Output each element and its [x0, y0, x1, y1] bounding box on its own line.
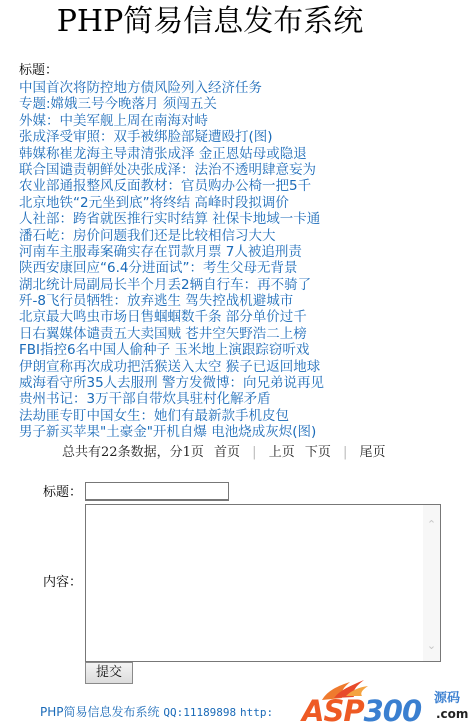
- content-textarea[interactable]: ⌃ ⌄: [85, 504, 441, 662]
- news-link[interactable]: 陕西安康回应“6.4分进面试”：考生父母无背景: [19, 260, 297, 276]
- pager-next-link[interactable]: 下页: [305, 445, 331, 460]
- list-item: 潘石屹：房价问题我们还是比较相信习大大: [19, 228, 324, 244]
- scroll-up-arrow-icon[interactable]: ⌃: [426, 519, 437, 530]
- list-item: 伊朗宣称再次成功把活猴送入太空 猴子已返回地球: [19, 359, 324, 375]
- news-link[interactable]: 北京最大鸣虫市场日售蝈蝈数千条 部分单价过千: [19, 309, 307, 325]
- list-item: 联合国谴责朝鲜处决张成泽：法治不透明肆意妄为: [19, 162, 324, 178]
- list-header-label: 标题：: [19, 63, 58, 79]
- pager-summary-prefix: 总共有: [62, 445, 101, 460]
- news-link[interactable]: 威海看守所35人去服刑 警方发微博：向兄弟说再见: [19, 375, 324, 391]
- footer-app-name: PHP简易信息发布系统: [40, 705, 160, 719]
- pager-page-count: 1: [183, 445, 191, 460]
- news-link[interactable]: 贵州书记：3万干部自带炊具驻村化解矛盾: [19, 391, 271, 407]
- news-link[interactable]: 男子新买苹果"土豪金"开机自爆 电池烧成灰烬(图): [19, 424, 316, 440]
- pager-first-link[interactable]: 首页: [214, 445, 240, 460]
- news-link[interactable]: 联合国谴责朝鲜处决张成泽：法治不透明肆意妄为: [19, 162, 316, 178]
- list-item: 贵州书记：3万干部自带炊具驻村化解矛盾: [19, 391, 324, 407]
- news-link[interactable]: 湖北统计局副局长半个月丢2辆自行车：再不骑了: [19, 277, 311, 293]
- news-link[interactable]: 法劫匪专盯中国女生：她们有最新款手机皮包: [19, 408, 289, 424]
- news-link[interactable]: 外媒：中美军舰上周在南海对峙: [19, 113, 208, 129]
- footer: PHP简易信息发布系统 QQ:11189898 http:: [40, 705, 273, 720]
- news-link[interactable]: FBI指控6名中国人偷种子 玉米地上演跟踪窃听戏: [19, 342, 309, 358]
- textarea-scrollbar[interactable]: ⌃ ⌄: [423, 505, 440, 661]
- list-item: 外媒：中美军舰上周在南海对峙: [19, 113, 324, 129]
- news-link[interactable]: 伊朗宣称再次成功把活猴送入太空 猴子已返回地球: [19, 359, 320, 375]
- list-item: 人社部：跨省就医推行实时结算 社保卡地域一卡通: [19, 211, 324, 227]
- news-list: 中国首次将防控地方债风险列入经济任务 专题:嫦娥三号今晚落月 须闯五关 外媒：中…: [19, 80, 324, 441]
- list-item: 陕西安康回应“6.4分进面试”：考生父母无背景: [19, 260, 324, 276]
- news-link[interactable]: 农业部通报整风反面教材：官员购办公椅一把5千: [19, 178, 311, 194]
- list-item: FBI指控6名中国人偷种子 玉米地上演跟踪窃听戏: [19, 342, 324, 358]
- asp300-logo: ASP300 源码 .com: [302, 678, 472, 726]
- news-link[interactable]: 北京地铁“2元坐到底”将终结 高峰时段拟调价: [19, 195, 289, 211]
- pager-separator: |: [343, 445, 347, 460]
- news-link[interactable]: 韩媒称崔龙海主导肃清张成泽 金正恩姑母或隐退: [19, 146, 307, 162]
- news-link[interactable]: 专题:嫦娥三号今晚落月 须闯五关: [19, 96, 217, 112]
- pager-total-count: 22: [101, 445, 118, 460]
- footer-qq: QQ:11189898: [163, 706, 236, 719]
- list-item: 日右翼媒体谴责五大卖国贼 苍井空矢野浩二上榜: [19, 326, 324, 342]
- scroll-down-arrow-icon[interactable]: ⌄: [426, 640, 437, 651]
- list-item: 中国首次将防控地方债风险列入经济任务: [19, 80, 324, 96]
- pager-last-link[interactable]: 尾页: [360, 445, 386, 460]
- list-item: 专题:嫦娥三号今晚落月 须闯五关: [19, 96, 324, 112]
- page-title: PHP简易信息发布系统: [0, 2, 420, 42]
- list-item: 法劫匪专盯中国女生：她们有最新款手机皮包: [19, 408, 324, 424]
- logo-dotcom: .com: [436, 708, 468, 720]
- news-link[interactable]: 歼-8飞行员牺牲：放弃逃生 驾失控战机避城市: [19, 293, 293, 309]
- list-item: 男子新买苹果"土豪金"开机自爆 电池烧成灰烬(图): [19, 424, 324, 440]
- list-item: 北京地铁“2元坐到底”将终结 高峰时段拟调价: [19, 195, 324, 211]
- pager-separator: |: [252, 445, 256, 460]
- list-item: 农业部通报整风反面教材：官员购办公椅一把5千: [19, 178, 324, 194]
- list-item: 威海看守所35人去服刑 警方发微博：向兄弟说再见: [19, 375, 324, 391]
- pager-summary-suffix: 页: [191, 445, 204, 460]
- list-item: 韩媒称崔龙海主导肃清张成泽 金正恩姑母或隐退: [19, 146, 324, 162]
- footer-url: http:: [240, 706, 273, 719]
- list-item: 湖北统计局副局长半个月丢2辆自行车：再不骑了: [19, 277, 324, 293]
- list-item: 张成泽受审照：双手被绑脸部疑遭殴打(图): [19, 129, 324, 145]
- pager-summary-mid: 条数据，分: [118, 445, 183, 460]
- news-link[interactable]: 中国首次将防控地方债风险列入经济任务: [19, 80, 262, 96]
- list-item: 北京最大鸣虫市场日售蝈蝈数千条 部分单价过千: [19, 309, 324, 325]
- news-link[interactable]: 日右翼媒体谴责五大卖国贼 苍井空矢野浩二上榜: [19, 326, 307, 342]
- logo-wordmark: ASP300: [302, 696, 421, 726]
- logo-yuanma: 源码: [434, 692, 460, 706]
- title-input[interactable]: [85, 482, 229, 501]
- news-link[interactable]: 潘石屹：房价问题我们还是比较相信习大大: [19, 228, 276, 244]
- news-link[interactable]: 人社部：跨省就医推行实时结算 社保卡地域一卡通: [19, 211, 320, 227]
- list-item: 河南车主服毒案确实存在罚款月票 7人被追刑责: [19, 244, 324, 260]
- news-link[interactable]: 张成泽受审照：双手被绑脸部疑遭殴打(图): [19, 129, 273, 145]
- pager-prev-link[interactable]: 上页: [269, 445, 295, 460]
- submit-button[interactable]: 提交: [85, 662, 133, 684]
- title-field-label: 标题：: [43, 484, 82, 502]
- pagination: 总共有22条数据，分1页 首页 | 上页 下页 | 尾页: [62, 444, 386, 462]
- content-field-label: 内容：: [43, 574, 82, 592]
- list-item: 歼-8飞行员牺牲：放弃逃生 驾失控战机避城市: [19, 293, 324, 309]
- news-link[interactable]: 河南车主服毒案确实存在罚款月票 7人被追刑责: [19, 244, 302, 260]
